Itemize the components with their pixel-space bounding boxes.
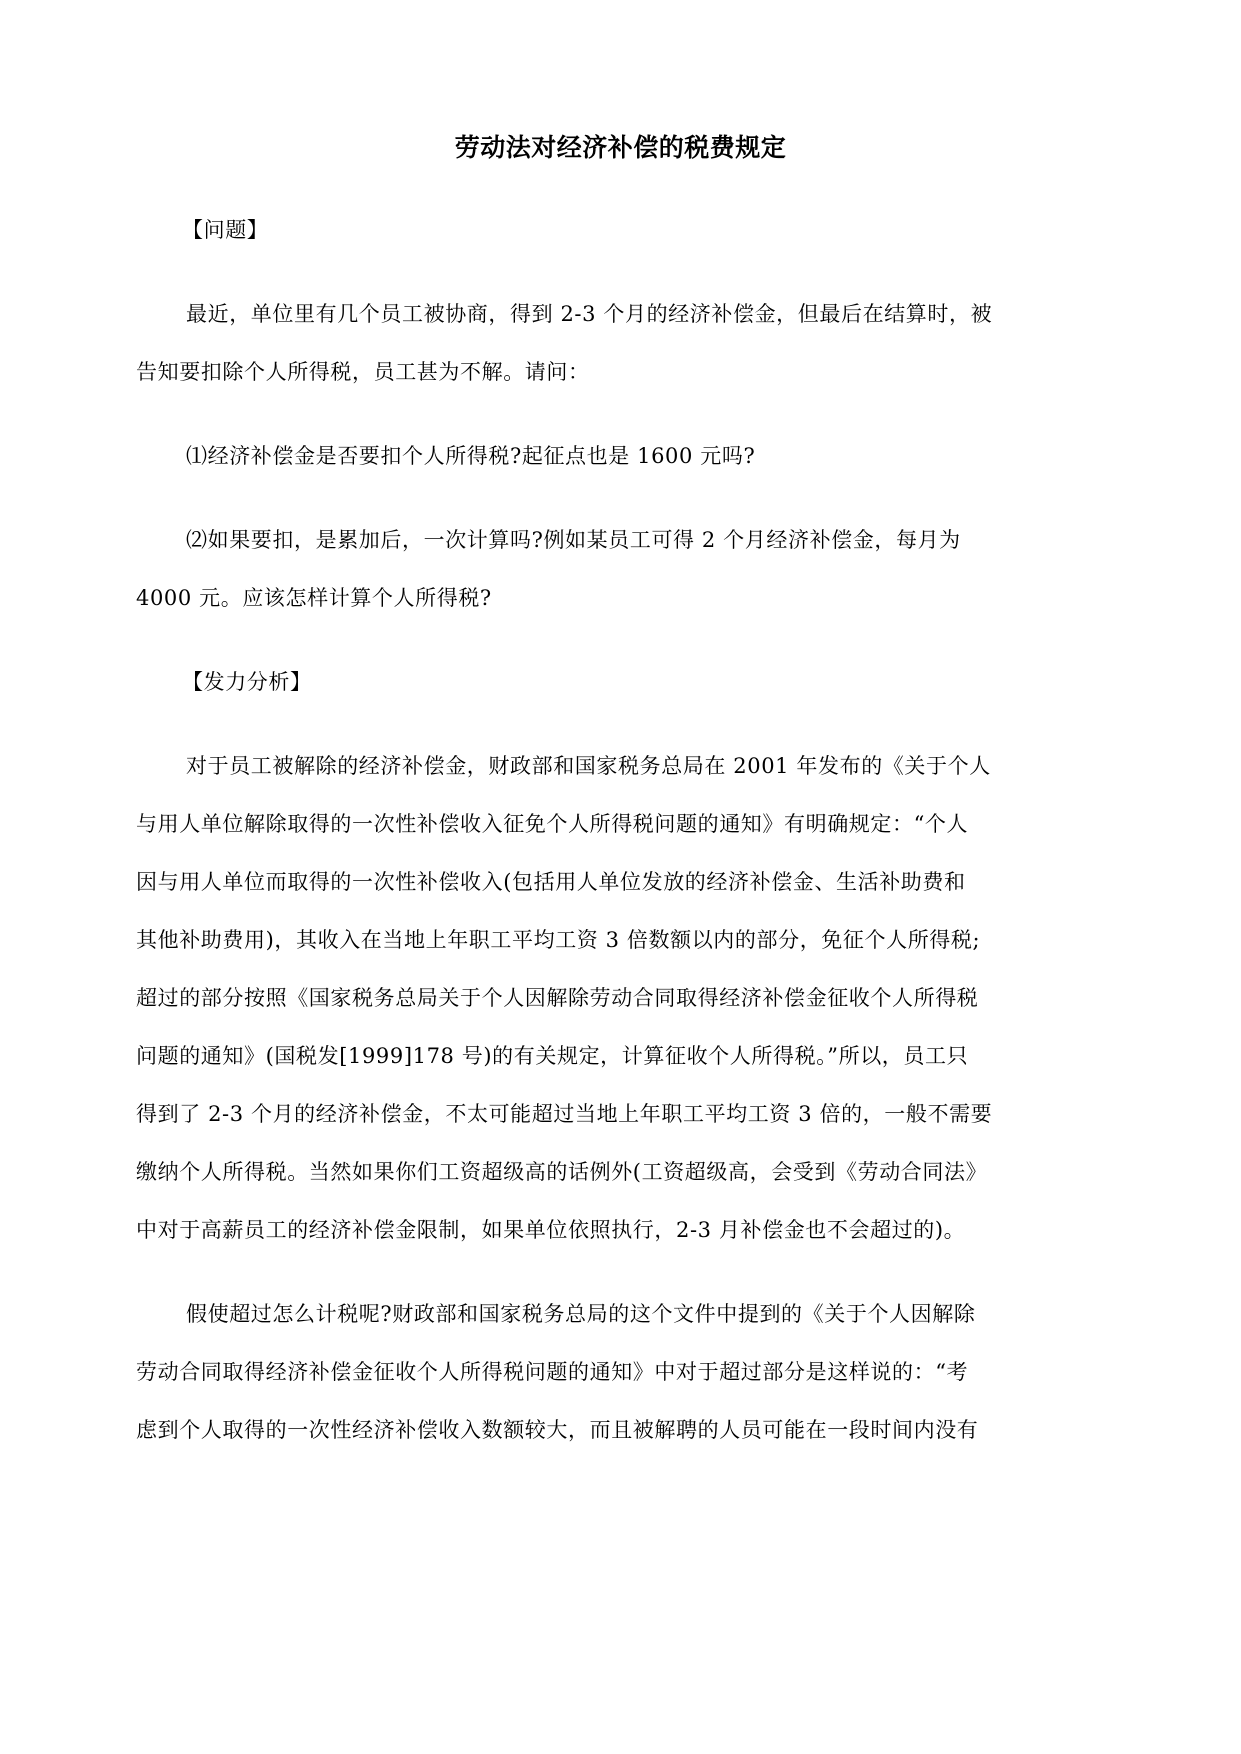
- paragraph-line: ⑵如果要扣，是累加后，一次计算吗?例如某员工可得 2 个月经济补偿金，每月为: [186, 522, 1166, 558]
- paragraph-line: 虑到个人取得的一次性经济补偿收入数额较大，而且被解聘的人员可能在一段时间内没有: [136, 1412, 1116, 1448]
- paragraph-line: 得到了 2-3 个月的经济补偿金，不太可能超过当地上年职工平均工资 3 倍的，一…: [136, 1096, 1116, 1132]
- paragraph-line: 劳动合同取得经济补偿金征收个人所得税问题的通知》中对于超过部分是这样说的：“考: [136, 1354, 1116, 1390]
- document-page: 劳动法对经济补偿的税费规定 【问题】 最近，单位里有几个员工被协商，得到 2-3…: [0, 0, 1241, 1754]
- paragraph-line: 对于员工被解除的经济补偿金，财政部和国家税务总局在 2001 年发布的《关于个人: [186, 748, 1166, 784]
- paragraph-line: 因与用人单位而取得的一次性补偿收入(包括用人单位发放的经济补偿金、生活补助费和: [136, 864, 1116, 900]
- paragraph-line: 与用人单位解除取得的一次性补偿收入征免个人所得税问题的通知》有明确规定：“个人: [136, 806, 1116, 842]
- paragraph-line: 中对于高薪员工的经济补偿金限制，如果单位依照执行，2-3 月补偿金也不会超过的)…: [136, 1212, 1116, 1248]
- document-title: 劳动法对经济补偿的税费规定: [0, 128, 1241, 168]
- paragraph-line: 缴纳个人所得税。当然如果你们工资超级高的话例外(工资超级高，会受到《劳动合同法》: [136, 1154, 1116, 1190]
- section-heading-question: 【问题】: [182, 212, 1162, 248]
- paragraph-line: 4000 元。应该怎样计算个人所得税?: [136, 580, 1116, 616]
- paragraph-line: 告知要扣除个人所得税，员工甚为不解。请问：: [136, 354, 1116, 390]
- paragraph-line: 最近，单位里有几个员工被协商，得到 2-3 个月的经济补偿金，但最后在结算时，被: [186, 296, 1166, 332]
- paragraph-line: 超过的部分按照《国家税务总局关于个人因解除劳动合同取得经济补偿金征收个人所得税: [136, 980, 1116, 1016]
- paragraph-line: 假使超过怎么计税呢?财政部和国家税务总局的这个文件中提到的《关于个人因解除: [186, 1296, 1166, 1332]
- paragraph-line: ⑴经济补偿金是否要扣个人所得税?起征点也是 1600 元吗?: [186, 438, 1166, 474]
- paragraph-line: 其他补助费用)，其收入在当地上年职工平均工资 3 倍数额以内的部分，免征个人所得…: [136, 922, 1116, 958]
- paragraph-line: 问题的通知》(国税发[1999]178 号)的有关规定，计算征收个人所得税。”所…: [136, 1038, 1116, 1074]
- section-heading-analysis: 【发力分析】: [182, 664, 1162, 700]
